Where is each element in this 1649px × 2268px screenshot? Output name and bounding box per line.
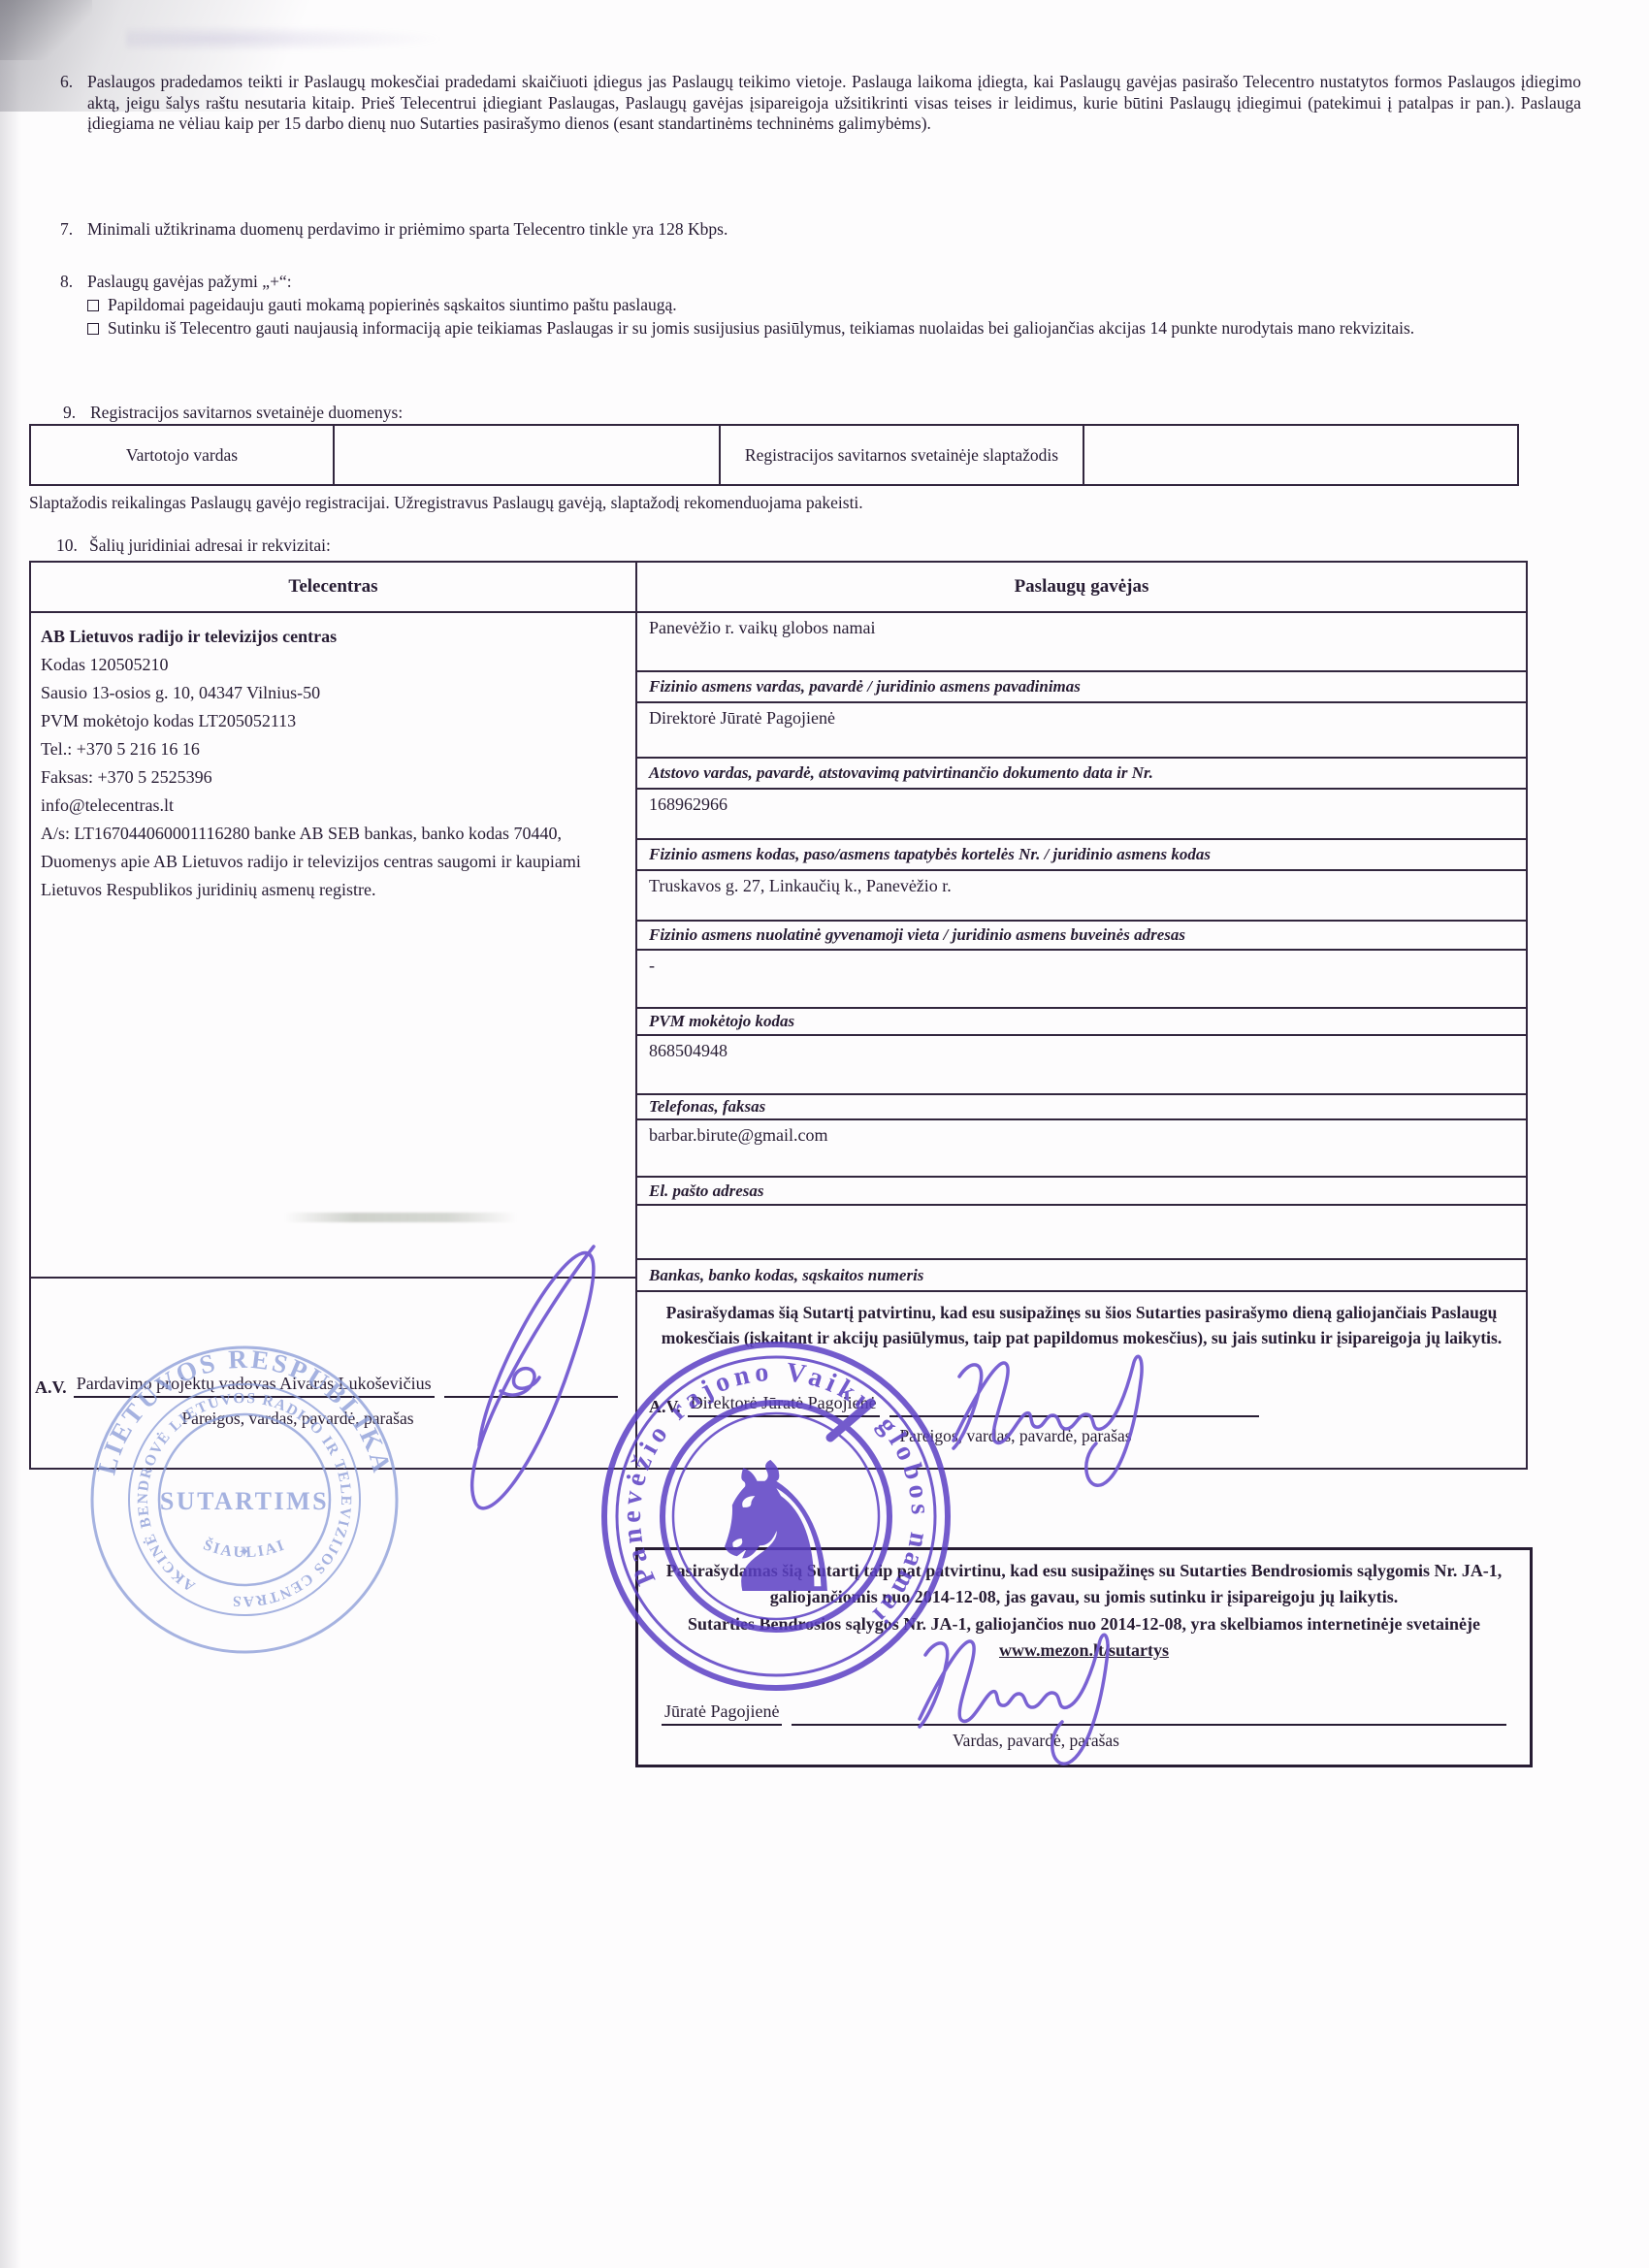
scan-shadow-left-edge <box>0 0 21 2268</box>
gavejas-field-label: Bankas, banko kodas, sąskaitos numeris <box>637 1258 1526 1292</box>
signature-caption: Vardas, pavardė, parašas <box>890 1731 1181 1751</box>
telecentras-info-line: Duomenys apie AB Lietuvos radijo ir tele… <box>41 848 624 904</box>
telecentras-info-lines: Kodas 120505210Sausio 13-osios g. 10, 04… <box>41 651 624 904</box>
paragraph-10-title: Šalių juridiniai adresai ir rekvizitai: <box>89 535 832 557</box>
telecentras-name: AB Lietuvos radijo ir televizijos centra… <box>41 623 624 651</box>
telecentras-info-line: info@telecentras.lt <box>41 792 624 820</box>
paragraph-number: 8. <box>60 272 87 340</box>
gavejas-field-label: Fizinio asmens nuolatinė gyvenamoji viet… <box>637 920 1526 951</box>
gavejas-field-label: Atstovo vardas, pavardė, atstovavimą pat… <box>637 757 1526 790</box>
gavejas-field-value: - <box>637 951 1526 1007</box>
gavejas-field-value: 868504948 <box>637 1036 1526 1093</box>
option-text: Sutinku iš Telecentro gauti naujausią in… <box>108 318 1414 338</box>
telecentras-header: Telecentras <box>31 563 637 611</box>
password-label-cell: Registracijos savitarnos svetainėje slap… <box>721 426 1084 484</box>
signature-line <box>444 1375 618 1398</box>
gavejas-field-value: 168962966 <box>637 790 1526 838</box>
paragraph-8: 8. Paslaugų gavėjas pažymi „+“: Papildom… <box>60 272 1571 340</box>
service-option-paper-invoice: Papildomai pageidauju gauti mokamą popie… <box>87 295 1571 316</box>
username-label-cell: Vartotojo vardas <box>31 426 335 484</box>
checkbox-unchecked-icon <box>87 300 99 311</box>
scanned-contract-page: 6. Paslaugos pradedamos teikti ir Paslau… <box>0 0 1649 2268</box>
terms-signer-name: Jūratė Pagojienė <box>662 1701 782 1726</box>
telecentras-info-line: Faksas: +370 5 2525396 <box>41 763 624 792</box>
telecentras-cell: AB Lietuvos radijo ir televizijos centra… <box>31 613 637 1468</box>
paragraph-text: Minimali užtikrinama duomenų perdavimo i… <box>87 219 1581 241</box>
stamp-bottom-text: ŠIAULIAI <box>201 1535 288 1561</box>
self-service-credentials-table: Vartotojo vardas Registracijos savitarno… <box>29 424 1519 486</box>
gavejas-field-value: Panevėžio r. vaikų globos namai <box>637 613 1526 670</box>
telecentras-signature-area: A.V. Pardavimo projektų vadovas Aivaras … <box>31 1277 635 1468</box>
gavejas-field-value: Truskavos g. 27, Linkaučių k., Panevėžio… <box>637 871 1526 920</box>
option-text: Papildomai pageidauju gauti mokamą popie… <box>108 295 677 314</box>
gavejas-field-label: Fizinio asmens kodas, paso/asmens tapaty… <box>637 838 1526 871</box>
gavejas-field-label: Telefonas, faksas <box>637 1093 1526 1120</box>
username-value-cell <box>335 426 721 484</box>
telecentras-info-line: Kodas 120505210 <box>41 651 624 679</box>
av-label: A.V. <box>649 1397 681 1417</box>
gavejas-cell: Panevėžio r. vaikų globos namaiFizinio a… <box>637 613 1526 1468</box>
signature-caption: Pareigos, vardas, pavardė, parašas <box>856 1426 1176 1446</box>
pen-smudge-top <box>126 25 446 52</box>
paragraph-9-title-row: 9. Registracijos savitarnos svetainėje d… <box>63 403 1518 424</box>
gavejas-rows: Panevėžio r. vaikų globos namaiFizinio a… <box>637 613 1526 1292</box>
paragraph-number: 10. <box>56 535 89 557</box>
paragraph-text: Paslaugos pradedamos teikti ir Paslaugų … <box>87 72 1581 135</box>
av-label: A.V. <box>35 1377 67 1398</box>
parties-details-table: Telecentras Paslaugų gavėjas AB Lietuvos… <box>29 561 1528 1470</box>
gavejas-field-value: Direktorė Jūratė Pagojienė <box>637 703 1526 757</box>
telecentras-signer-name: Pardavimo projektų vadovas Aivaras Lukoš… <box>74 1374 435 1398</box>
paragraph-number: 6. <box>60 72 87 135</box>
paragraph-number: 9. <box>63 403 90 424</box>
general-terms-box: Pasirašydamas šią Sutartį taip pat patvi… <box>635 1547 1533 1767</box>
paragraph-number: 7. <box>60 219 87 241</box>
telecentras-info-line: Sausio 13-osios g. 10, 04347 Vilnius-50 <box>41 679 624 707</box>
gavejas-confirmation-area: Pasirašydamas šią Sutartį patvirtinu, ka… <box>637 1292 1526 1468</box>
svg-text:ŠIAULIAI: ŠIAULIAI <box>201 1535 288 1561</box>
terms-publication-line: Sutarties Bendrosios sąlygos Nr. JA-1, g… <box>656 1611 1512 1664</box>
paragraph-9-title: Registracijos savitarnos svetainėje duom… <box>90 403 1518 424</box>
signature-line <box>792 1702 1506 1726</box>
terms-url: www.mezon.lt/sutartys <box>999 1640 1169 1660</box>
paragraph-8-intro: Paslaugų gavėjas pažymi „+“: <box>87 272 1571 293</box>
checkbox-unchecked-icon <box>87 323 99 335</box>
gavejas-signer-name: Direktorė Jūratė Pagojienė <box>688 1393 880 1417</box>
paragraph-7: 7. Minimali užtikrinama duomenų perdavim… <box>60 219 1581 241</box>
signature-caption: Pareigos, vardas, pavardė, parašas <box>123 1409 472 1429</box>
gavejas-field-label: El. pašto adresas <box>637 1176 1526 1206</box>
paragraph-6: 6. Paslaugos pradedamos teikti ir Paslau… <box>60 72 1581 135</box>
gavejas-field-label: PVM mokėtojo kodas <box>637 1007 1526 1036</box>
telecentras-info-line: A/s: LT167044060001116280 banke AB SEB b… <box>41 820 624 848</box>
parties-table-header: Telecentras Paslaugų gavėjas <box>31 563 1526 613</box>
gavejas-header: Paslaugų gavėjas <box>637 563 1526 611</box>
signature-line <box>889 1394 1259 1417</box>
terms-confirmation-text: Pasirašydamas šią Sutartį taip pat patvi… <box>656 1558 1512 1610</box>
gavejas-field-value: barbar.birute@gmail.com <box>637 1120 1526 1176</box>
stamp-star-icon: ✦ <box>240 1544 250 1559</box>
gavejas-field-value <box>637 1206 1526 1258</box>
gavejas-field-label: Fizinio asmens vardas, pavardė / juridin… <box>637 670 1526 703</box>
paragraph-10-title-row: 10. Šalių juridiniai adresai ir rekvizit… <box>56 535 832 557</box>
telecentras-info-line: Tel.: +370 5 216 16 16 <box>41 735 624 763</box>
stamp-center-text: SUTARTIMS <box>160 1487 329 1515</box>
password-value-cell <box>1084 426 1517 484</box>
password-note: Slaptažodis reikalingas Paslaugų gavėjo … <box>29 493 1523 513</box>
terms-publication-text: Sutarties Bendrosios sąlygos Nr. JA-1, g… <box>688 1614 1480 1634</box>
service-option-marketing-consent: Sutinku iš Telecentro gauti naujausią in… <box>87 318 1571 340</box>
confirmation-text: Pasirašydamas šią Sutartį patvirtinu, ka… <box>637 1292 1526 1350</box>
telecentras-info-line: PVM mokėtojo kodas LT205052113 <box>41 707 624 735</box>
